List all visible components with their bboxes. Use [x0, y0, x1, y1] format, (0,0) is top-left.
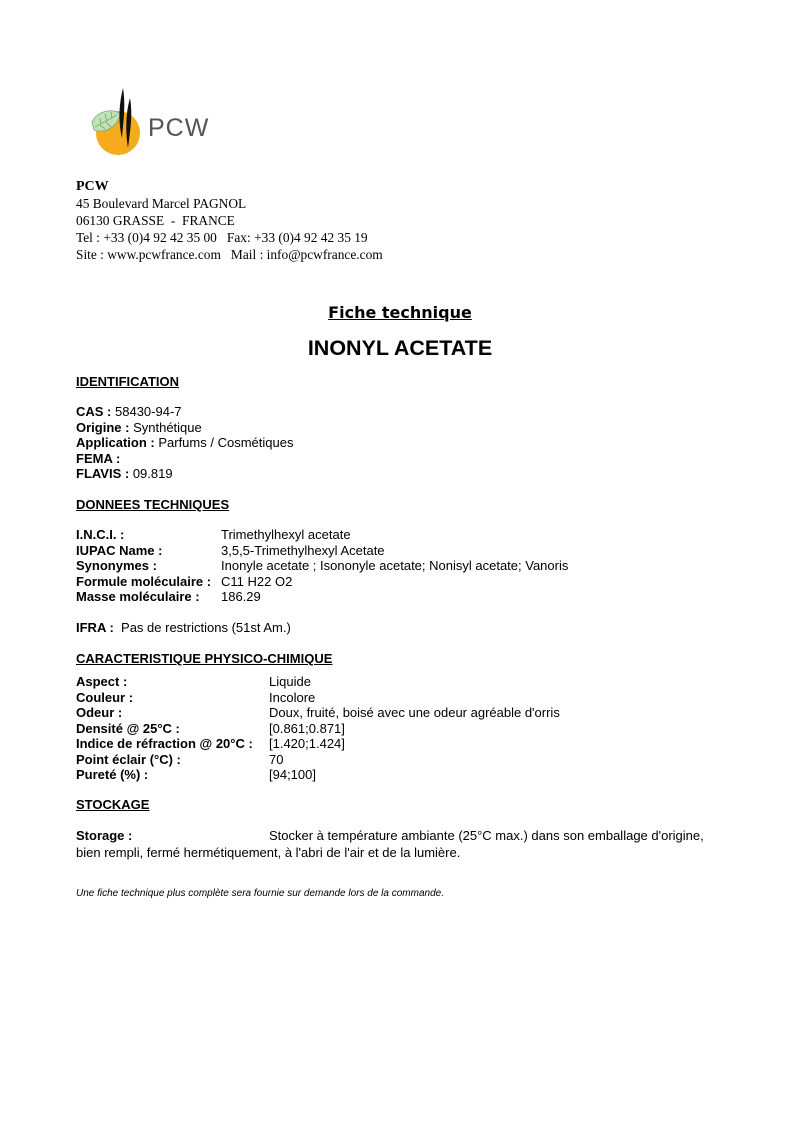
storage-value-line-1: Stocker à température ambiante (25°C max… [269, 828, 704, 844]
row-value: Liquide [269, 674, 311, 690]
row-value: 186.29 [221, 589, 261, 605]
row-label: Point éclair (°C) : [76, 752, 181, 767]
row-label: Odeur : [76, 705, 122, 720]
technical-row: Masse moléculaire :186.29 [76, 589, 776, 605]
logo-text: PCW [148, 114, 209, 143]
contact-line: Tel : +33 (0)4 92 42 35 00 Fax: +33 (0)4… [76, 229, 383, 246]
row-value: Inonyle acetate ; Isononyle acetate; Non… [221, 558, 568, 574]
storage-value-line-2: bien rempli, fermé hermétiquement, à l'a… [76, 845, 736, 861]
physico-list: Aspect :Liquide Couleur :Incolore Odeur … [76, 674, 776, 783]
row-label: IUPAC Name : [76, 543, 162, 558]
row-label: FLAVIS : [76, 466, 129, 481]
physico-row: Indice de réfraction @ 20°C :[1.420;1.42… [76, 736, 776, 752]
technical-row: I.N.C.I. :Trimethylhexyl acetate [76, 527, 776, 543]
physico-row: Aspect :Liquide [76, 674, 776, 690]
row-value: 70 [269, 752, 283, 768]
physico-row: Densité @ 25°C :[0.861;0.871] [76, 721, 776, 737]
identification-list: CAS : 58430-94-7 Origine : Synthétique A… [76, 404, 293, 482]
identification-row: FLAVIS : 09.819 [76, 466, 293, 482]
row-value: Parfums / Cosmétiques [158, 435, 293, 450]
row-label: CAS : [76, 404, 111, 419]
row-label: Synonymes : [76, 558, 157, 573]
storage-heading: STOCKAGE [76, 797, 149, 812]
row-value: [94;100] [269, 767, 316, 783]
physico-row: Point éclair (°C) :70 [76, 752, 776, 768]
row-label: Masse moléculaire : [76, 589, 200, 604]
identification-row: Application : Parfums / Cosmétiques [76, 435, 293, 451]
technical-list: I.N.C.I. :Trimethylhexyl acetate IUPAC N… [76, 527, 776, 605]
address-line-2: 06130 GRASSE - FRANCE [76, 212, 383, 229]
physico-row: Odeur :Doux, fruité, boisé avec une odeu… [76, 705, 776, 721]
physico-row: Couleur :Incolore [76, 690, 776, 706]
row-value: 09.819 [133, 466, 173, 481]
identification-row: FEMA : [76, 451, 293, 467]
row-value: Incolore [269, 690, 315, 706]
row-label: Couleur : [76, 690, 133, 705]
row-label: I.N.C.I. : [76, 527, 124, 542]
row-value: [1.420;1.424] [269, 736, 345, 752]
storage-row: Storage :Stocker à température ambiante … [76, 828, 736, 845]
row-value: [0.861;0.871] [269, 721, 345, 737]
row-label: Application : [76, 435, 155, 450]
document-type: Fiche technique [0, 303, 800, 322]
technical-row: IUPAC Name :3,5,5-Trimethylhexyl Acetate [76, 543, 776, 559]
physico-row: Pureté (%) :[94;100] [76, 767, 776, 783]
identification-row: CAS : 58430-94-7 [76, 404, 293, 420]
row-value: Doux, fruité, boisé avec une odeur agréa… [269, 705, 560, 721]
row-label: Indice de réfraction @ 20°C : [76, 736, 253, 751]
technical-row: Synonymes :Inonyle acetate ; Isononyle a… [76, 558, 776, 574]
row-label: Pureté (%) : [76, 767, 148, 782]
row-value: Synthétique [133, 420, 202, 435]
company-name: PCW [76, 178, 383, 195]
row-label: Aspect : [76, 674, 127, 689]
ifra-label: IFRA : [76, 620, 114, 635]
company-address-block: PCW 45 Boulevard Marcel PAGNOL 06130 GRA… [76, 178, 383, 263]
physico-heading: CARACTERISTIQUE PHYSICO-CHIMIQUE [76, 651, 332, 666]
footer-note: Une fiche technique plus complète sera f… [76, 888, 444, 899]
ifra-row: IFRA : Pas de restrictions (51st Am.) [76, 620, 291, 636]
storage-block: Storage :Stocker à température ambiante … [76, 828, 736, 861]
identification-heading: IDENTIFICATION [76, 374, 179, 389]
document-title: INONYL ACETATE [0, 336, 800, 361]
web-line: Site : www.pcwfrance.com Mail : info@pcw… [76, 246, 383, 263]
technical-row: Formule moléculaire :C11 H22 O2 [76, 574, 776, 590]
company-logo: PCW [86, 84, 216, 164]
identification-row: Origine : Synthétique [76, 420, 293, 436]
technical-heading: DONNEES TECHNIQUES [76, 497, 229, 512]
ifra-value: Pas de restrictions (51st Am.) [121, 620, 291, 635]
row-value: C11 H22 O2 [221, 574, 292, 590]
row-label: Densité @ 25°C : [76, 721, 180, 736]
row-value: 58430-94-7 [115, 404, 182, 419]
address-line-1: 45 Boulevard Marcel PAGNOL [76, 195, 383, 212]
row-label: Formule moléculaire : [76, 574, 211, 589]
row-value: 3,5,5-Trimethylhexyl Acetate [221, 543, 385, 559]
row-value: Trimethylhexyl acetate [221, 527, 351, 543]
storage-label: Storage : [76, 828, 132, 843]
row-label: Origine : [76, 420, 129, 435]
row-label: FEMA : [76, 451, 120, 466]
